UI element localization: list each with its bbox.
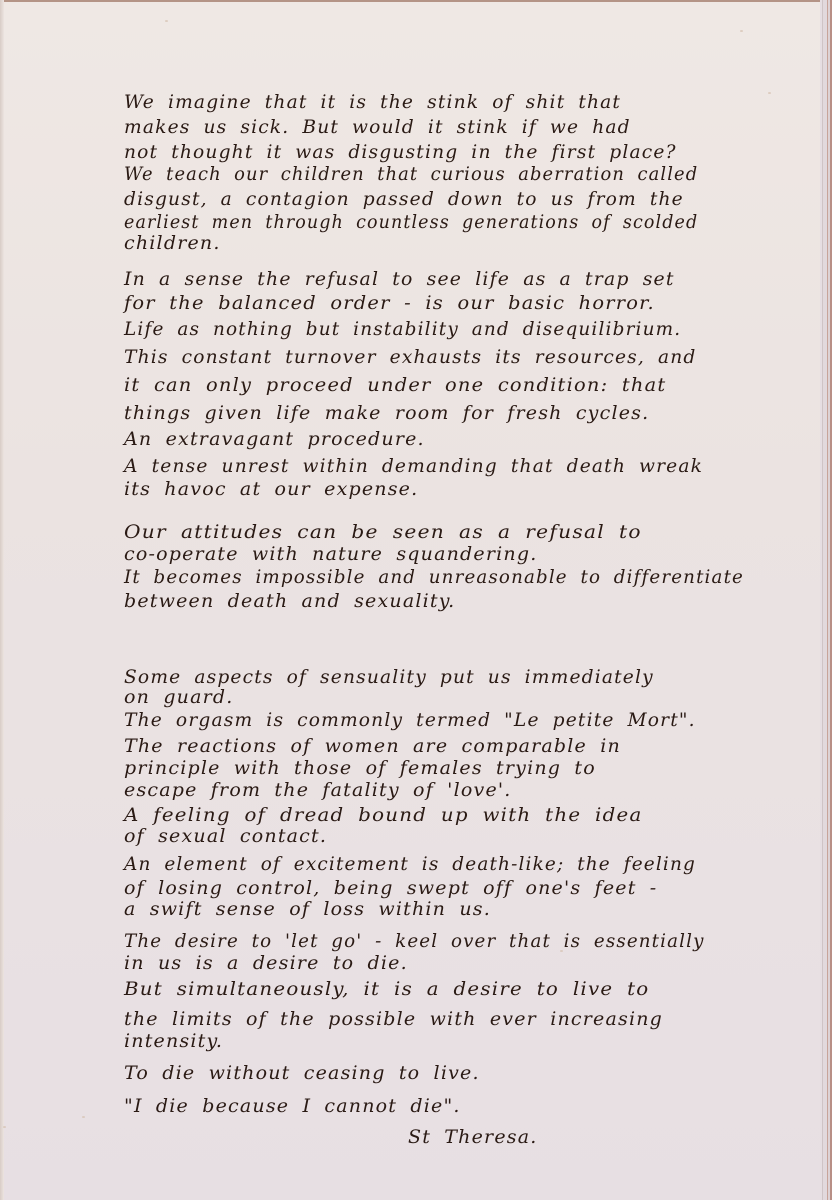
manuscript-page: We imagine that it is the stink of shit … [0, 0, 832, 1200]
handwritten-line: things given life make room for fresh cy… [124, 402, 649, 424]
handwritten-line: It becomes impossible and unreasonable t… [124, 566, 744, 588]
handwritten-line: In a sense the refusal to see life as a … [124, 268, 675, 290]
handwritten-line: We imagine that it is the stink of shit … [124, 91, 621, 113]
handwritten-line: for the balanced order - is our basic ho… [124, 292, 655, 314]
handwritten-line: The orgasm is commonly termed "Le petite… [124, 709, 696, 731]
handwritten-line: disgust, a contagion passed down to us f… [124, 188, 684, 210]
handwritten-line: principle with those of females trying t… [124, 757, 596, 779]
page-top-edge [0, 0, 832, 2]
paper-speck [768, 92, 771, 94]
paper-speck [165, 20, 168, 22]
handwritten-line: An extravagant procedure. [124, 428, 425, 450]
paper-speck [740, 30, 743, 32]
handwritten-line: Our attitudes can be seen as a refusal t… [124, 521, 642, 543]
page-left-edge [0, 0, 4, 1200]
handwritten-line: Some aspects of sensuality put us immedi… [124, 666, 654, 688]
handwritten-line: the limits of the possible with ever inc… [124, 1008, 663, 1030]
handwritten-line: escape from the fatality of 'love'. [124, 779, 512, 801]
handwritten-line: co-operate with nature squandering. [124, 543, 537, 565]
handwritten-line: of sexual contact. [124, 825, 327, 847]
handwritten-line: The desire to 'let go' - keel over that … [124, 930, 705, 952]
handwritten-line: a swift sense of loss within us. [124, 898, 491, 920]
handwritten-line: intensity. [124, 1030, 223, 1052]
handwritten-line: We teach our children that curious aberr… [124, 163, 698, 185]
handwritten-line: its havoc at our expense. [124, 478, 418, 500]
handwritten-line: The reactions of women are comparable in [124, 735, 621, 757]
handwritten-line: not thought it was disgusting in the fir… [124, 141, 677, 163]
quotation-line: "I die because I cannot die". [124, 1095, 461, 1117]
page-stack-edge [820, 0, 832, 1200]
handwritten-line: of losing control, being swept off one's… [124, 877, 657, 899]
handwritten-line: But simultaneously, it is a desire to li… [124, 978, 649, 1000]
handwritten-line: it can only proceed under one condition:… [124, 374, 666, 396]
handwritten-line: To die without ceasing to live. [124, 1062, 480, 1084]
handwritten-line: in us is a desire to die. [124, 952, 408, 974]
paper-speck [82, 1116, 85, 1118]
handwritten-line: A tense unrest within demanding that dea… [124, 455, 703, 477]
handwritten-line: earliest men through countless generatio… [124, 211, 698, 233]
handwritten-line: between death and sexuality. [124, 590, 455, 612]
handwritten-line: A feeling of dread bound up with the ide… [124, 804, 642, 826]
handwritten-line: This constant turnover exhausts its reso… [124, 346, 696, 368]
handwritten-line: An element of excitement is death-like; … [124, 853, 696, 875]
handwritten-line: makes us sick. But would it stink if we … [124, 116, 631, 138]
handwritten-line: on guard. [124, 686, 234, 708]
handwritten-line: children. [124, 232, 221, 254]
handwritten-line: Life as nothing but instability and dise… [124, 318, 681, 340]
signature: St Theresa. [408, 1126, 538, 1148]
paper-speck [3, 1126, 6, 1128]
